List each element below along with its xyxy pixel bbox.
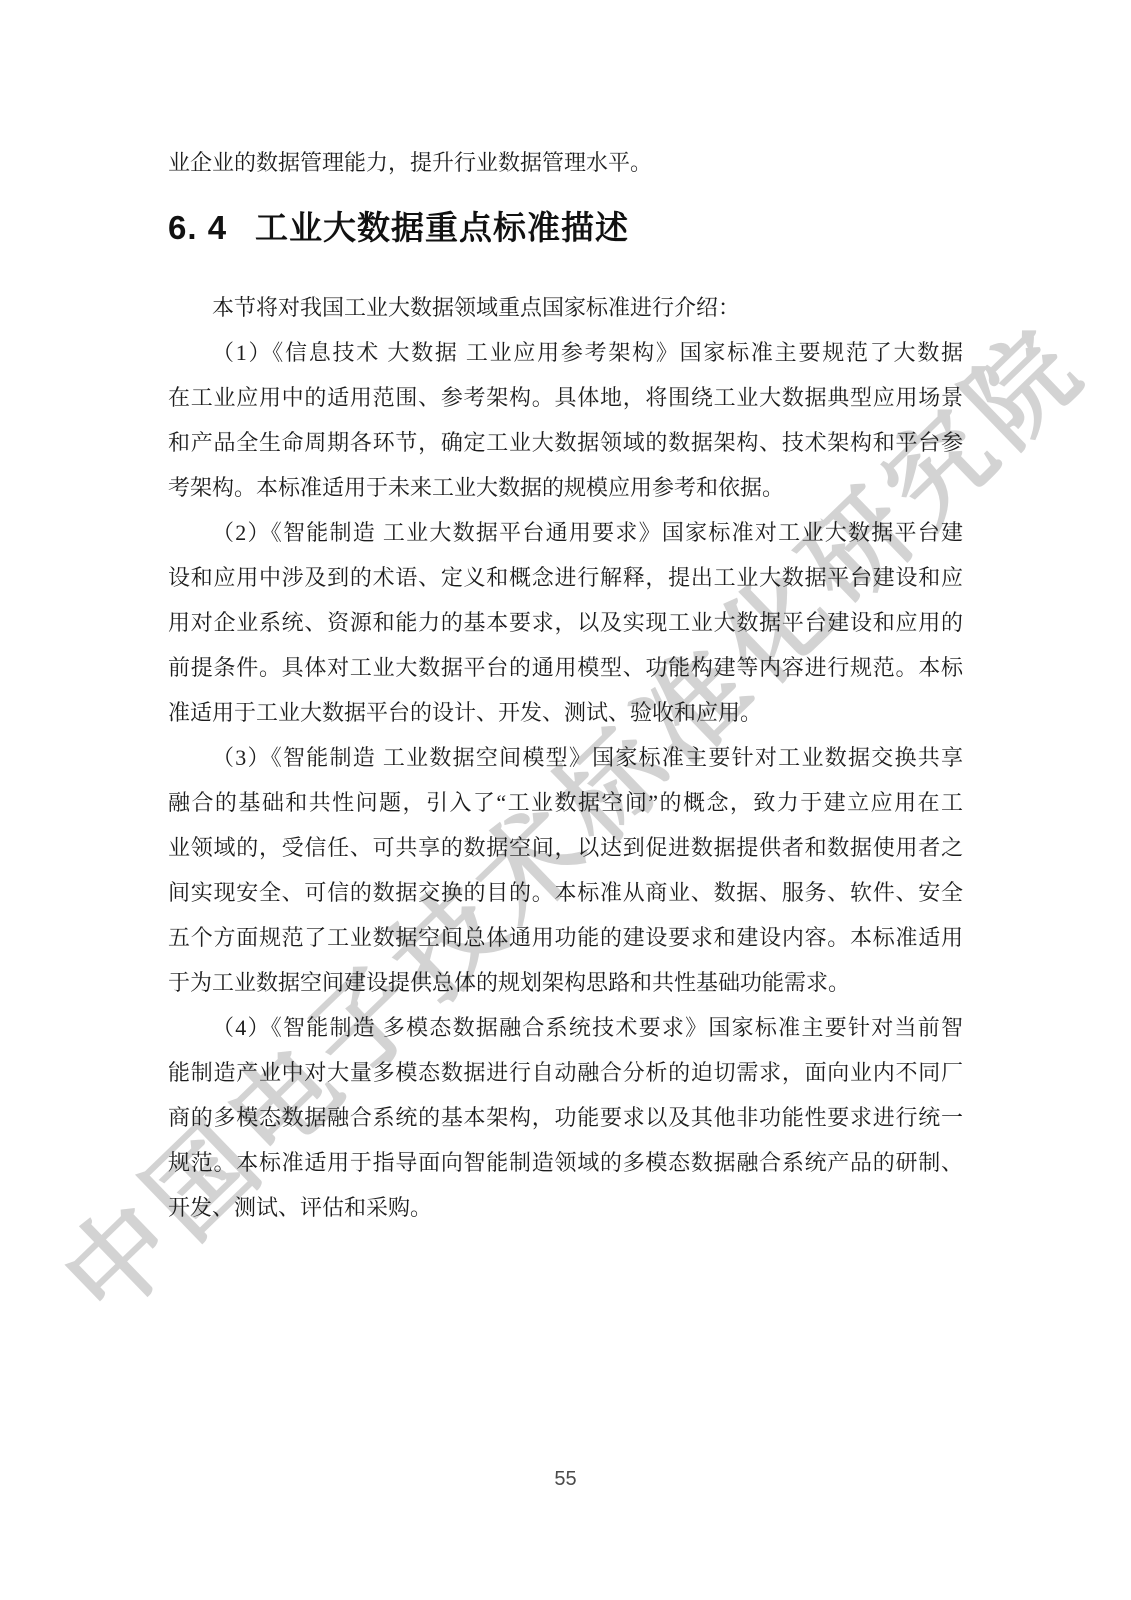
text-line: 开发、测试、评估和采购。	[168, 1185, 963, 1230]
page-content: 业企业的数据管理能力，提升行业数据管理水平。 6. 4工业大数据重点标准描述 本…	[0, 0, 1131, 1600]
text-line: 能制造产业中对大量多模态数据进行自动融合分析的迫切需求，面向业内不同厂	[168, 1050, 963, 1095]
text-line: （2）《智能制造 工业大数据平台通用要求》国家标准对工业大数据平台建	[168, 510, 963, 555]
text-line: 本节将对我国工业大数据领域重点国家标准进行介绍：	[168, 285, 963, 330]
text-line: 于为工业数据空间建设提供总体的规划架构思路和共性基础功能需求。	[168, 960, 963, 1005]
body-text: 本节将对我国工业大数据领域重点国家标准进行介绍： （1）《信息技术 大数据 工业…	[168, 285, 963, 1230]
text-line: 间实现安全、可信的数据交换的目的。本标准从商业、数据、服务、软件、安全	[168, 870, 963, 915]
page-number: 55	[0, 1468, 1131, 1491]
text-line: （3）《智能制造 工业数据空间模型》国家标准主要针对工业数据交换共享	[168, 735, 963, 780]
text-line: 五个方面规范了工业数据空间总体通用功能的建设要求和建设内容。本标准适用	[168, 915, 963, 960]
text-line: 业领域的，受信任、可共享的数据空间，以达到促进数据提供者和数据使用者之	[168, 825, 963, 870]
paragraph-standard-3: （3）《智能制造 工业数据空间模型》国家标准主要针对工业数据交换共享 融合的基础…	[168, 735, 963, 1005]
paragraph-standard-4: （4）《智能制造 多模态数据融合系统技术要求》国家标准主要针对当前智 能制造产业…	[168, 1005, 963, 1230]
text-line: 和产品全生命周期各环节，确定工业大数据领域的数据架构、技术架构和平台参	[168, 420, 963, 465]
text-line: 规范。本标准适用于指导面向智能制造领域的多模态数据融合系统产品的研制、	[168, 1140, 963, 1185]
text-line: 用对企业系统、资源和能力的基本要求，以及实现工业大数据平台建设和应用的	[168, 600, 963, 645]
paragraph-standard-2: （2）《智能制造 工业大数据平台通用要求》国家标准对工业大数据平台建 设和应用中…	[168, 510, 963, 735]
paragraph-intro: 本节将对我国工业大数据领域重点国家标准进行介绍：	[168, 285, 963, 330]
section-heading: 6. 4工业大数据重点标准描述	[168, 203, 629, 253]
section-number: 6. 4	[168, 209, 227, 246]
text-line: 商的多模态数据融合系统的基本架构，功能要求以及其他非功能性要求进行统一	[168, 1095, 963, 1140]
previous-paragraph-continuation-line: 业企业的数据管理能力，提升行业数据管理水平。	[168, 140, 963, 185]
text-line: 设和应用中涉及到的术语、定义和概念进行解释，提出工业大数据平台建设和应	[168, 555, 963, 600]
text-line: 在工业应用中的适用范围、参考架构。具体地，将围绕工业大数据典型应用场景	[168, 375, 963, 420]
section-title: 工业大数据重点标准描述	[255, 209, 629, 246]
document-page: 中国电子技术标准化研究院 业企业的数据管理能力，提升行业数据管理水平。 6. 4…	[0, 0, 1131, 1600]
text-line: 融合的基础和共性问题，引入了“工业数据空间”的概念，致力于建立应用在工	[168, 780, 963, 825]
paragraph-standard-1: （1）《信息技术 大数据 工业应用参考架构》国家标准主要规范了大数据 在工业应用…	[168, 330, 963, 510]
text-line: （4）《智能制造 多模态数据融合系统技术要求》国家标准主要针对当前智	[168, 1005, 963, 1050]
text-line: 前提条件。具体对工业大数据平台的通用模型、功能构建等内容进行规范。本标	[168, 645, 963, 690]
text-line: （1）《信息技术 大数据 工业应用参考架构》国家标准主要规范了大数据	[168, 330, 963, 375]
text-line: 考架构。本标准适用于未来工业大数据的规模应用参考和依据。	[168, 465, 963, 510]
text-line: 准适用于工业大数据平台的设计、开发、测试、验收和应用。	[168, 690, 963, 735]
